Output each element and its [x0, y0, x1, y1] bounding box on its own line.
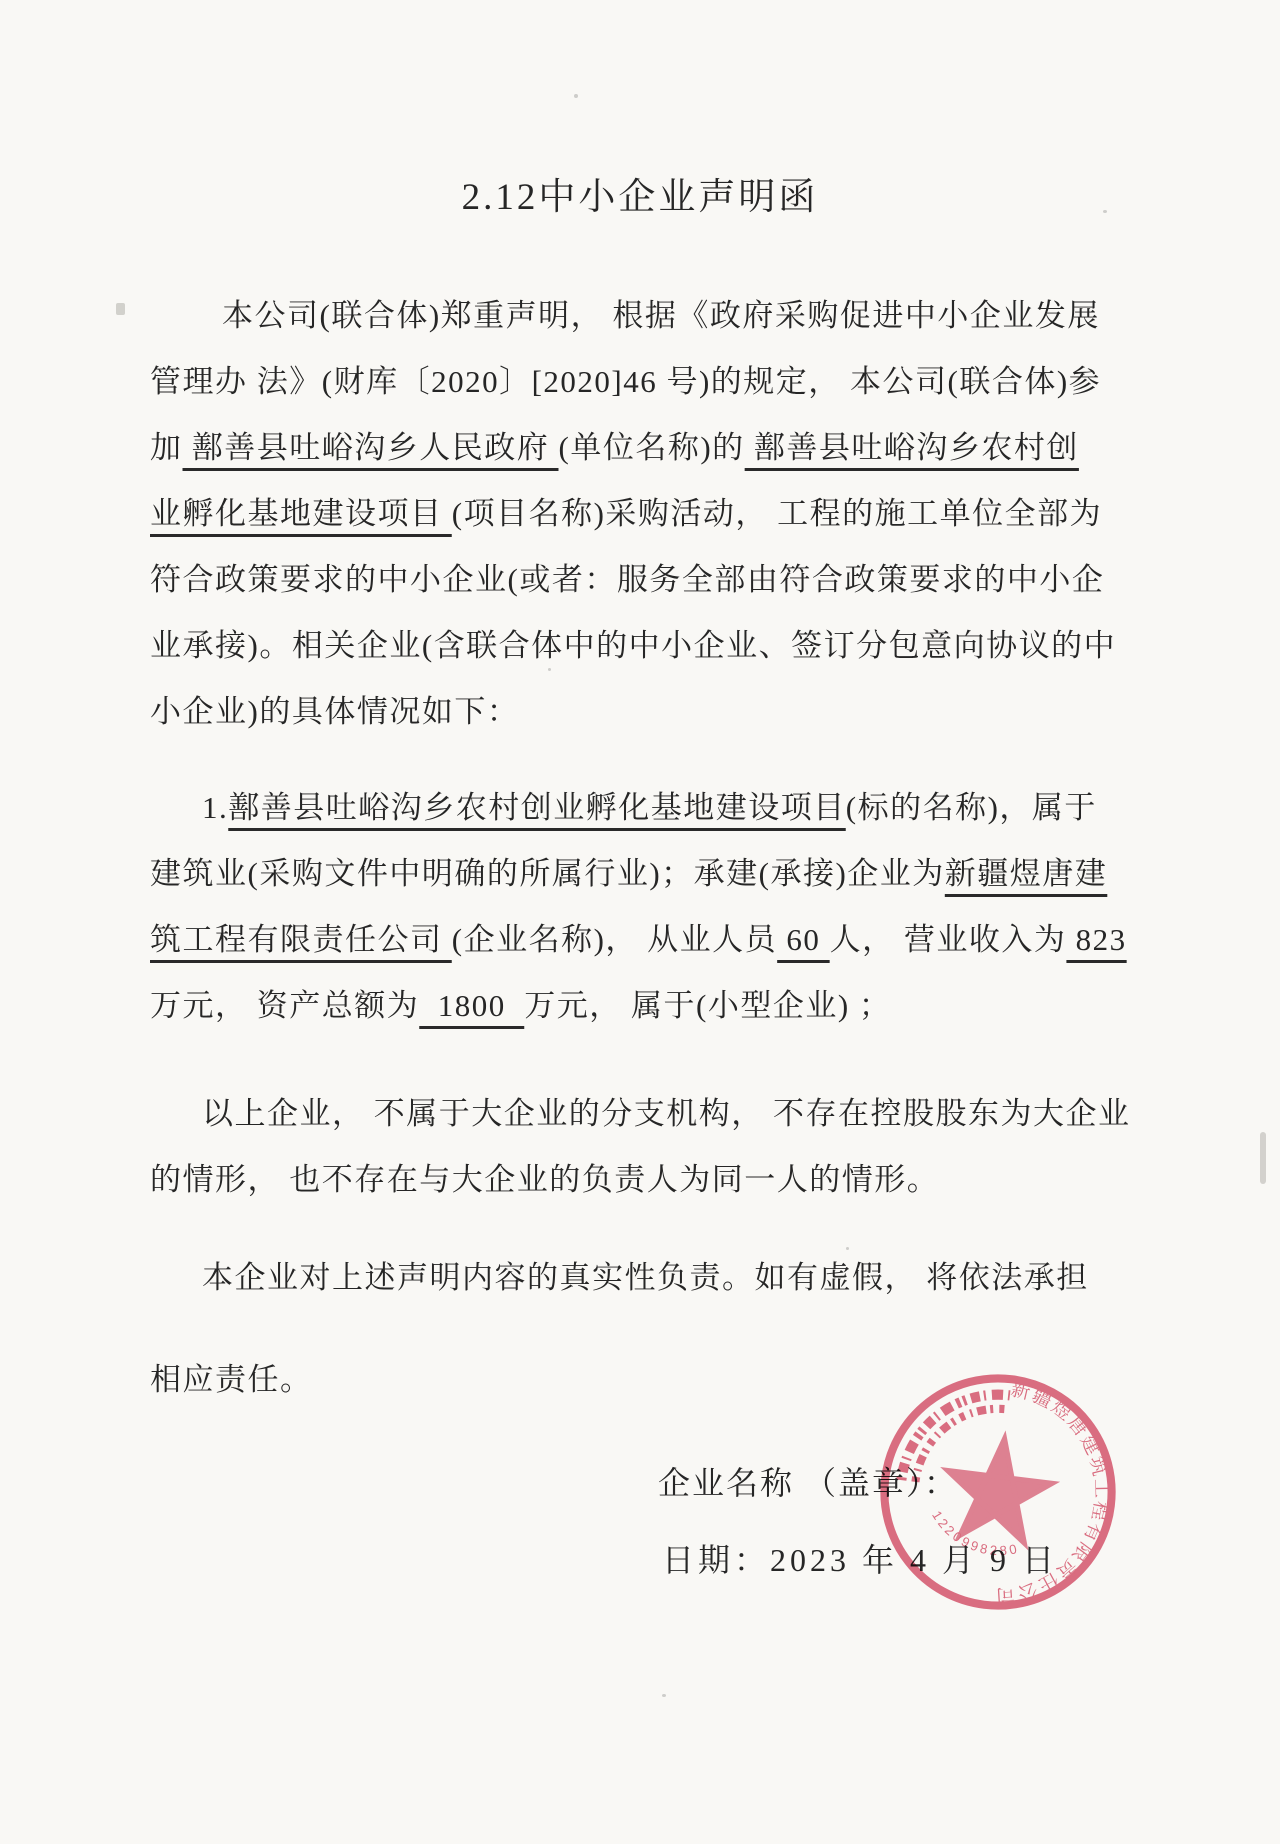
text-segment: (项目名称)采购活动， 工程的施工单位全部为 — [452, 496, 1102, 531]
text-line: 加 鄯善县吐峪沟乡人民政府 (单位名称)的 鄯善县吐峪沟乡农村创 — [150, 415, 1150, 481]
scan-edge-smudge — [1260, 1132, 1266, 1184]
text-segment: 万元， 属于(小型企业) ； — [524, 988, 891, 1023]
text-line: 1.鄯善县吐峪沟乡农村创业孵化基地建设项目(标的名称)，属于 — [150, 775, 1150, 841]
scan-speck — [574, 94, 578, 98]
underlined-field: 823 — [1066, 922, 1126, 957]
text-segment: (企业名称)， 从业人员 — [452, 922, 777, 957]
scan-speck — [846, 1247, 849, 1250]
document-title: 2.12中小企业声明函 — [0, 166, 1280, 220]
text-segment: 符合政策要求的中小企业(或者：服务全部由符合政策要求的中小企 — [150, 562, 1104, 597]
scan-edge-smudge — [116, 303, 125, 315]
text-segment: 以上企业， 不属于大企业的分支机构， 不存在控股股东为大企业 — [202, 1096, 1131, 1131]
text-segment: 的情形， 也不存在与大企业的负责人为同一人的情形。 — [150, 1162, 939, 1197]
scan-speck — [548, 668, 551, 671]
text-segment: 业承接)。相关企业(含联合体中的中小企业、签订分包意向协议的中 — [150, 628, 1116, 663]
underlined-field: 鄯善县吐峪沟乡农村创 — [745, 430, 1079, 465]
text-line: 以上企业， 不属于大企业的分支机构， 不存在控股股东为大企业 — [150, 1081, 1150, 1147]
underlined-field: 新疆煜唐建 — [945, 856, 1108, 891]
text-line: 业孵化基地建设项目 (项目名称)采购活动， 工程的施工单位全部为 — [150, 481, 1150, 547]
text-segment: 管理办 法》(财库〔2020〕[2020]46 号)的规定， 本公司(联合体)参 — [150, 364, 1101, 399]
text-line: 筑工程有限责任公司 (企业名称)， 从业人员 60 人， 营业收入为 823 — [150, 907, 1150, 973]
text-line: 万元， 资产总额为 1800 万元， 属于(小型企业) ； — [150, 973, 1150, 1039]
text-segment: 人， 营业收入为 — [830, 922, 1067, 957]
text-line: 业承接)。相关企业(含联合体中的中小企业、签订分包意向协议的中 — [150, 613, 1150, 679]
text-line: 建筑业(采购文件中明确的所属行业)；承建(承接)企业为新疆煜唐建 — [150, 841, 1150, 907]
text-segment: 本公司(联合体)郑重声明， 根据《政府采购促进中小企业发展 — [222, 298, 1100, 333]
document-body: 本公司(联合体)郑重声明， 根据《政府采购促进中小企业发展管理办 法》(财库〔2… — [150, 283, 1150, 1413]
text-segment: (标的名称)，属于 — [846, 790, 1097, 825]
text-segment: 建筑业(采购文件中明确的所属行业)；承建(承接)企业为 — [150, 856, 945, 891]
underlined-field: 业孵化基地建设项目 — [150, 496, 452, 531]
text-segment: 本企业对上述声明内容的真实性负责。如有虚假， 将依法承担 — [202, 1260, 1089, 1295]
text-segment: (单位名称)的 — [559, 430, 745, 465]
scan-speck — [662, 1694, 666, 1697]
text-line: 本公司(联合体)郑重声明， 根据《政府采购促进中小企业发展 — [150, 283, 1150, 349]
text-segment: 加 — [150, 430, 183, 465]
underlined-field: 60 — [777, 922, 830, 957]
underlined-field: 鄯善县吐峪沟乡农村创业孵化基地建设项目 — [228, 790, 846, 825]
underlined-field: 1800 — [419, 988, 524, 1023]
text-segment: 小企业)的具体情况如下： — [150, 694, 519, 729]
text-segment: 相应责任。 — [150, 1362, 313, 1397]
text-segment: 万元， 资产总额为 — [150, 988, 419, 1023]
company-seal-stamp: 新疆煜唐建筑工程有限责任公司 1220998280 — [840, 1334, 1156, 1650]
text-line: 管理办 法》(财库〔2020〕[2020]46 号)的规定， 本公司(联合体)参 — [150, 349, 1150, 415]
scanned-declaration-page: 2.12中小企业声明函 本公司(联合体)郑重声明， 根据《政府采购促进中小企业发… — [0, 0, 1280, 1844]
underlined-field: 筑工程有限责任公司 — [150, 922, 452, 957]
text-line: 的情形， 也不存在与大企业的负责人为同一人的情形。 — [150, 1147, 1150, 1213]
text-line: 本企业对上述声明内容的真实性负责。如有虚假， 将依法承担 — [150, 1245, 1150, 1311]
text-segment: 1. — [202, 790, 228, 825]
underlined-field: 鄯善县吐峪沟乡人民政府 — [183, 430, 559, 465]
text-line: 小企业)的具体情况如下： — [150, 679, 1150, 745]
text-line: 符合政策要求的中小企业(或者：服务全部由符合政策要求的中小企 — [150, 547, 1150, 613]
scan-speck — [1103, 210, 1107, 213]
